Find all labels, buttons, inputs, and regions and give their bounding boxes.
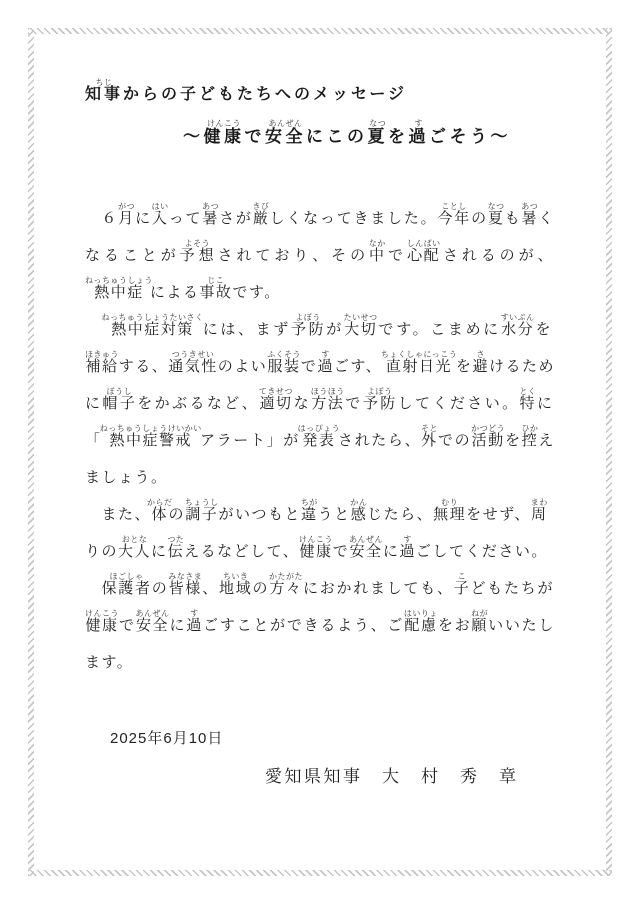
page-title: 知事ちじからの子どもたちへのメッセージ — [85, 78, 555, 112]
paragraph-4: 保護者ほごしゃの皆様みなさま、地域ちいきの方々かたがたにおかれましても、子こども… — [85, 570, 555, 681]
paragraph-2: 熱中症対策ねっちゅうしょうたいさくには、まず予防よぼうが大切たいせつです。こまめ… — [85, 311, 555, 496]
rope-border-left — [28, 28, 34, 876]
letter-body: ６月がつに入はいって暑あつさが厳きびしくなってきました。今年ことしの夏なつも暑あ… — [85, 200, 555, 681]
letter-page: 知事ちじからの子どもたちへのメッセージ ～健康けんこうで安全あんぜんにこの夏なつ… — [0, 0, 640, 905]
rope-border-right — [606, 28, 612, 876]
date-text: 2025年6月10日 — [110, 727, 555, 748]
signature-text: 愛知県知事 大 村 秀 章 — [265, 762, 555, 787]
letter-content: 知事ちじからの子どもたちへのメッセージ ～健康けんこうで安全あんぜんにこの夏なつ… — [85, 78, 555, 787]
page-subtitle: ～健康けんこうで安全あんぜんにこの夏なつを過すごそう～ — [183, 118, 555, 156]
rope-border-bottom — [28, 870, 612, 876]
rope-border-top — [28, 28, 612, 34]
paragraph-1: ６月がつに入はいって暑あつさが厳きびしくなってきました。今年ことしの夏なつも暑あ… — [85, 200, 555, 311]
paragraph-3: また、体からだの調子ちょうしがいつもと違ちがうと感かんじたら、無理むりをせず、周… — [85, 496, 555, 570]
